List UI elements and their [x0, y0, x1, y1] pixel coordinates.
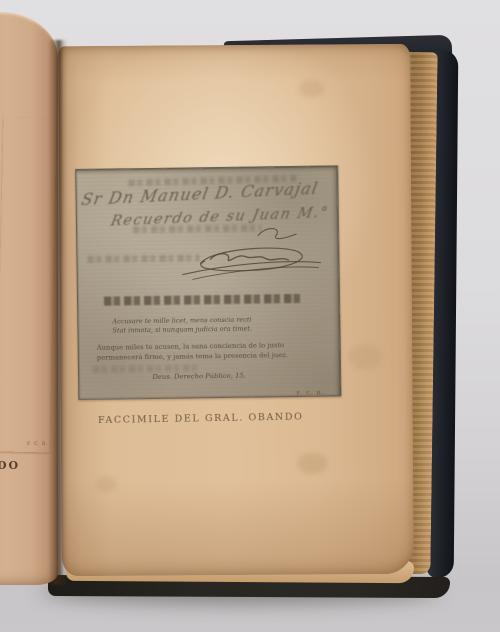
plate-credit-initials: F. C. B. [297, 390, 325, 396]
page-stain [298, 79, 324, 97]
book-photo-scene: Sr Dn Manuel D. Carvajal Recuerdo de su … [0, 0, 500, 632]
spanish-translation: Aunque miles te acusen, la sana concienc… [97, 341, 288, 363]
plate-caption: FACCIMILE DEL GRAL. OBANDO [71, 411, 331, 427]
signature-flourish [180, 223, 323, 285]
faded-showthrough-text [93, 364, 197, 372]
left-photo-credit-initials: F. C. B. [27, 442, 48, 447]
latin-verse: Accusare te mille licet, mens conscia re… [112, 316, 252, 336]
right-page: Sr Dn Manuel D. Carvajal Recuerdo de su … [58, 44, 414, 576]
facsimile-plate: Sr Dn Manuel D. Carvajal Recuerdo de su … [75, 165, 341, 400]
page-stain [348, 344, 382, 370]
book-gutter-shadow [48, 40, 68, 585]
page-stain [95, 476, 117, 492]
page-stain [297, 452, 327, 474]
left-caption-fragment: DO [0, 459, 20, 472]
